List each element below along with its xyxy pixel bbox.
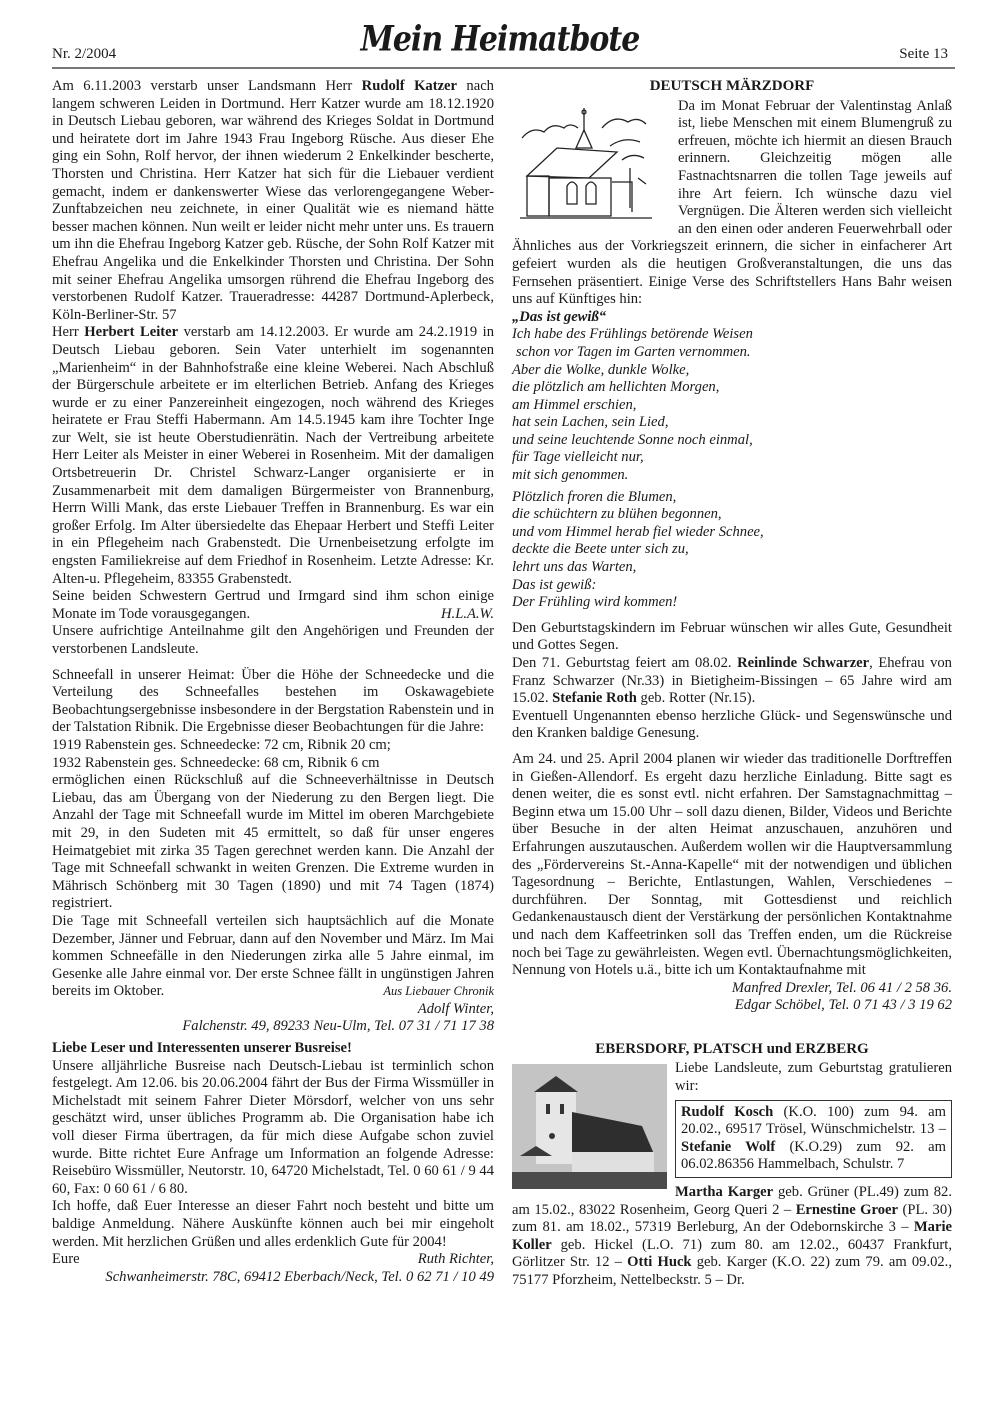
poem-line: die schüchtern zu blühen begonnen, — [512, 506, 952, 524]
snow-author: Adolf Winter, — [52, 1001, 494, 1019]
name-martha-karger: Martha Karger — [675, 1184, 773, 1200]
bus-signoff: Eure Ruth Richter, — [52, 1251, 494, 1269]
poem-line: und seine leuchtende Sonne noch einmal, — [512, 432, 952, 450]
snow-body-2: Die Tage mit Schneefall verteilen sich h… — [52, 913, 494, 1001]
unnamed-wishes: Eventuell Ungenannten ebenso herzliche G… — [512, 708, 952, 743]
poem-line: Ich habe des Frühlings betörende Weisen — [512, 326, 952, 344]
header-rule — [52, 67, 955, 69]
snow-1919: 1919 Rabenstein ges. Schneedecke: 72 cm,… — [52, 737, 494, 755]
poem-line: Aber die Wolke, dunkle Wolke, — [512, 362, 952, 380]
birthday-wishes: Den Geburtstagskindern im Februar wünsch… — [512, 620, 952, 655]
poem-line: und vom Himmel herab fiel wieder Schnee, — [512, 524, 952, 542]
meeting-announcement: Am 24. und 25. April 2004 planen wir wie… — [512, 751, 952, 980]
name-rudolf-katzer: Rudolf Katzer — [362, 78, 457, 94]
poem-title: „Das ist gewiß“ — [512, 309, 606, 325]
obituary-katzer: Am 6.11.2003 verstarb unser Landsmann He… — [52, 78, 494, 324]
name-ernestine-groer: Ernestine Groer — [796, 1202, 898, 1218]
birthday-highlight-box: Rudolf Kosch (K.O. 100) zum 94. am 20.02… — [675, 1100, 952, 1178]
snow-1932: 1932 Rabenstein ges. Schneedecke: 68 cm,… — [52, 755, 494, 773]
birthday-list-maerzdorf: Den 71. Geburtstag feiert am 08.02. Rein… — [512, 655, 952, 708]
poem: „Das ist gewiß“ Ich habe des Frühlings b… — [512, 309, 952, 612]
bus-author-address: Schwanheimerstr. 78C, 69412 Eberbach/Nec… — [52, 1269, 494, 1287]
signature-hlaw: H.L.A.W. — [441, 606, 494, 624]
name-stefanie-wolf: Stefanie Wolf — [681, 1139, 775, 1155]
name-herbert-leiter: Herbert Leiter — [84, 324, 178, 340]
section-title-ebersdorf: EBERSDORF, PLATSCH und ERZBERG — [512, 1041, 952, 1059]
poem-line: lehrt uns das Warten, — [512, 559, 952, 577]
section-title-maerzdorf: DEUTSCH MÄRZDORF — [512, 78, 952, 96]
contact-schoebel: Edgar Schöbel, Tel. 0 71 43 / 3 19 62 — [512, 997, 952, 1015]
poem-line: schon vor Tagen im Garten vernommen. — [512, 344, 952, 362]
poem-line: Das ist gewiß: — [512, 577, 952, 595]
condolence: Unsere aufrichtige Anteilnahme gilt den … — [52, 623, 494, 658]
poem-line: am Himmel erschien, — [512, 397, 952, 415]
bus-title: Liebe Leser und Interessenten unserer Bu… — [52, 1040, 352, 1056]
snow-author-address: Falchenstr. 49, 89233 Neu-Ulm, Tel. 07 3… — [52, 1018, 494, 1036]
name-stefanie-roth: Stefanie Roth — [552, 690, 637, 706]
chapel-sketch-image — [512, 98, 672, 228]
poem-line: deckte die Beete unter sich zu, — [512, 541, 952, 559]
poem-line: mit sich genommen. — [512, 467, 952, 485]
poem-line: hat sein Lachen, sein Lied, — [512, 414, 952, 432]
poem-line: Der Frühling wird kommen! — [512, 594, 952, 612]
snow-intro: Schneefall in unserer Heimat: Über die H… — [52, 667, 494, 737]
obituary-leiter: Herr Herbert Leiter verstarb am 14.12.20… — [52, 324, 494, 588]
snow-source: Aus Liebauer Chronik — [383, 983, 494, 1001]
name-rudolf-kosch: Rudolf Kosch — [681, 1104, 773, 1120]
left-column: Am 6.11.2003 verstarb unser Landsmann He… — [52, 78, 494, 1286]
poem-line: Plötzlich froren die Blumen, — [512, 489, 952, 507]
birthday-list-ebersdorf: Martha Karger geb. Grüner (PL.49) zum 82… — [512, 1184, 952, 1290]
bus-author: Ruth Richter, — [418, 1251, 494, 1269]
masthead-logo: Mein Heimatbote — [0, 19, 1000, 59]
name-otti-huck: Otti Huck — [627, 1254, 691, 1270]
snow-body: ermöglichen einen Rückschluß auf die Sch… — [52, 772, 494, 913]
right-column: DEUTSCH MÄRZDORF — [512, 78, 952, 1290]
contact-drexler: Manfred Drexler, Tel. 06 41 / 2 58 36. — [512, 980, 952, 998]
newsletter-page: Nr. 2/2004 Mein Heimatbote Seite 13 Am 6… — [0, 0, 1000, 1412]
poem-line: für Tage vielleicht nur, — [512, 449, 952, 467]
bus-body-2: Ich hoffe, daß Euer Interesse an dieser … — [52, 1198, 494, 1251]
bus-body: Unsere alljährliche Busreise nach Deutsc… — [52, 1058, 494, 1199]
church-photo-image — [512, 1064, 667, 1189]
poem-line: die plötzlich am hellichten Morgen, — [512, 379, 952, 397]
sisters-note: Seine beiden Schwestern Gertrud und Irmg… — [52, 588, 494, 623]
name-reinlinde-schwarzer: Reinlinde Schwarzer — [737, 655, 869, 671]
page-number: Seite 13 — [899, 46, 948, 63]
